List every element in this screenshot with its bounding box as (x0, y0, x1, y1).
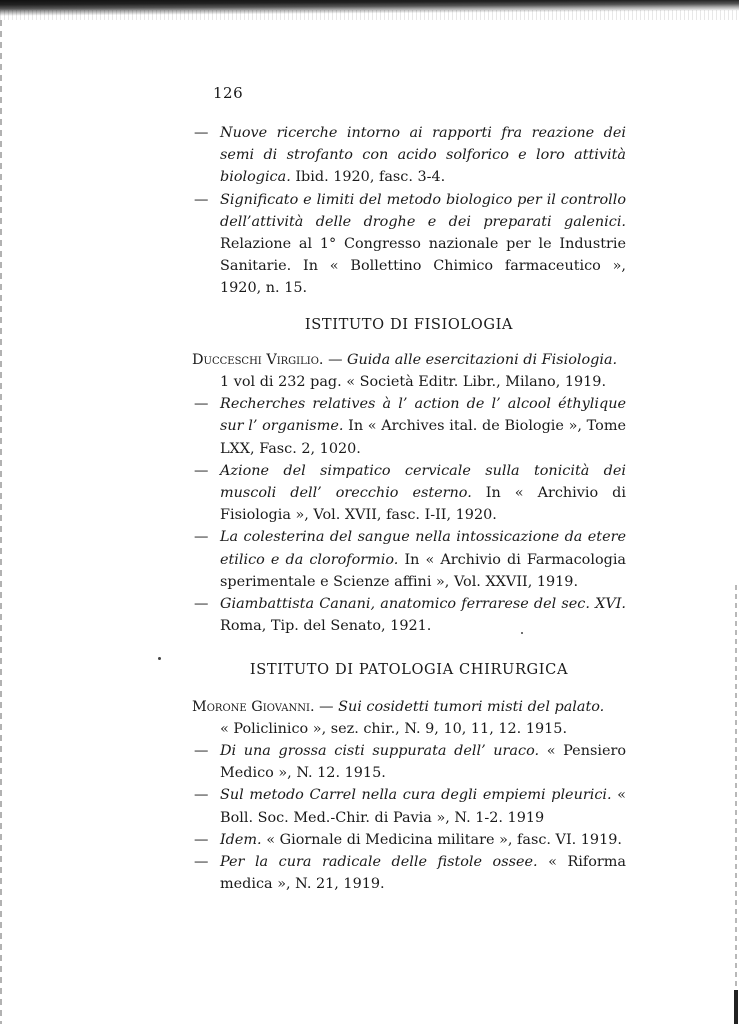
entry-dash: — (194, 460, 208, 482)
section-heading-fisiologia: ISTITUTO DI FISIOLOGIA (192, 314, 626, 336)
author-name: Ducceschi Virgilio. (192, 352, 324, 368)
entry-citation: Roma, Tip. del Senato, 1921. (220, 618, 431, 634)
entry-dash: — (194, 829, 208, 851)
bibliography-entry: —Significato e limiti del metodo biologi… (192, 189, 626, 300)
entry-citation: Ibid. 1920, fasc. 3-4. (291, 169, 445, 185)
bibliography-entry: —Azione del simpatico cervicale sulla to… (192, 460, 626, 527)
entry-title: Significato e limiti del metodo biologic… (220, 192, 626, 230)
bibliography-entry: —Nuove ricerche intorno ai rapporti fra … (192, 122, 626, 189)
bibliography-entry: —La colesterina del sangue nella intossi… (192, 526, 626, 593)
entry-dash: — (194, 740, 208, 762)
scan-left-edge (0, 20, 2, 1024)
stray-ink-mark (158, 657, 161, 660)
entry-dash: — (194, 851, 208, 873)
entry-dash: — (194, 393, 208, 415)
entry-citation: Relazione al 1° Congresso nazionale per … (220, 236, 626, 296)
entry-title: Per la cura radicale delle fistole ossee… (220, 854, 538, 870)
entry-dash: — (194, 593, 208, 615)
scan-right-edge-dark (734, 990, 738, 1024)
entry-title: Sul metodo Carrel nella cura degli empie… (220, 787, 612, 803)
entry-dash: — (194, 526, 208, 548)
entry-dash: — (194, 122, 208, 144)
entry-title: Guida alle esercitazioni di Fisiologia. (347, 352, 617, 368)
bibliography-entry: —Idem. « Giornale di Medicina militare »… (192, 829, 626, 851)
entry-title: Sui cosidetti tumori misti del palato. (338, 699, 604, 715)
bibliography-entry: —Giambattista Canani, anatomico ferrares… (192, 593, 626, 637)
page-body: —Nuove ricerche intorno ai rapporti fra … (192, 122, 626, 896)
bibliography-entry: —Recherches relatives à l’ action de l’ … (192, 393, 626, 460)
entry-citation: 1 vol di 232 pag. « Società Editr. Libr.… (192, 371, 626, 393)
entry-citation: « Giornale di Medicina militare », fasc.… (262, 832, 622, 848)
bibliography-entry: —Sul metodo Carrel nella cura degli empi… (192, 784, 626, 828)
bibliography-entry: —Per la cura radicale delle fistole osse… (192, 851, 626, 895)
scan-top-speckle (0, 10, 739, 20)
bibliography-entry: —Di una grossa cisti suppurata dell’ ura… (192, 740, 626, 784)
entry-dash: — (319, 699, 333, 715)
entry-citation: « Policlinico », sez. chir., N. 9, 10, 1… (192, 718, 626, 740)
entry-title: Idem. (220, 832, 262, 848)
entry-dash: — (328, 352, 342, 368)
entry-dash: — (194, 784, 208, 806)
bibliography-entry-author: Morone Giovanni. — Sui cosidetti tumori … (192, 696, 626, 740)
entry-title: Giambattista Canani, anatomico ferrarese… (220, 596, 626, 612)
section-heading-patologia-chirurgica: ISTITUTO DI PATOLOGIA CHIRURGICA (192, 659, 626, 681)
author-name: Morone Giovanni. (192, 699, 315, 715)
scan-right-edge (735, 585, 737, 1024)
entry-dash: — (194, 189, 208, 211)
bibliography-entry-author: Ducceschi Virgilio. — Guida alle esercit… (192, 349, 626, 393)
entry-title: Di una grossa cisti suppurata dell’ urac… (220, 743, 539, 759)
page-number: 126 (213, 84, 243, 102)
